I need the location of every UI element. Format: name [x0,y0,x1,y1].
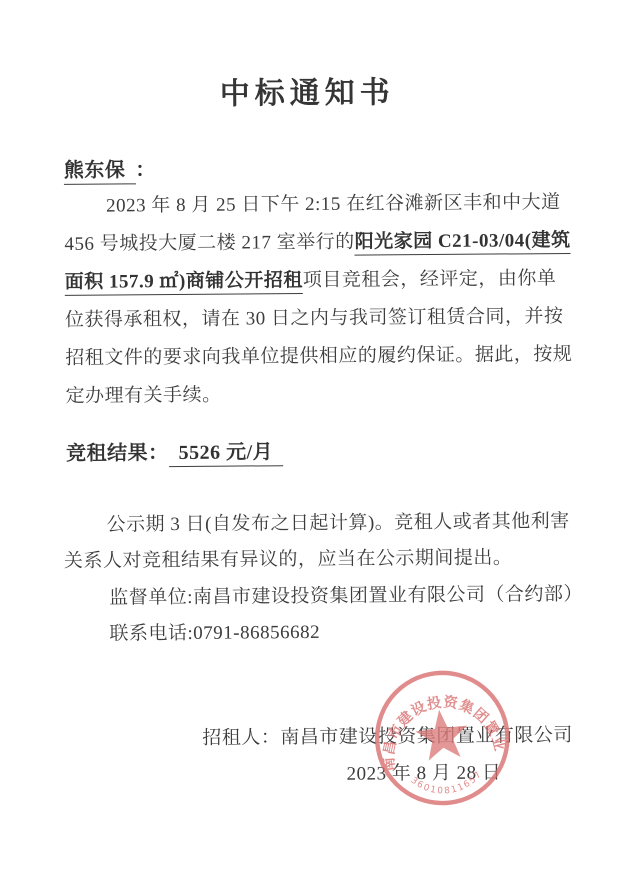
company-seal-graphic: 南昌市建设投资集团置业有限公司 360108116576 [349,645,535,831]
body-line-4: 位获得承租权，请在 30 日之内与我司签订租赁合同，并按 [65,301,564,332]
body-line-1: 2023 年 8 月 25 日下午 2:15 在红谷滩新区丰和中大道 [106,187,561,218]
body-line-2: 456 号城投大厦二楼 217 室举行的阳光家园 C21-03/04(建筑 [64,225,570,256]
body-line-5: 招租文件的要求向我单位提供相应的履约保证。据此，按规 [65,339,572,370]
document-title: 中标通知书 [0,66,617,115]
bid-result-line: 竞租结果：5526 元/月 [66,435,283,466]
body-line-6: 定办理有关手续。 [65,380,221,408]
bid-result-label: 竞租结果： [66,442,169,465]
svg-text:南昌市建设投资集团置业有限公司: 南昌市建设投资集团置业有限公司 [349,645,508,775]
seal-company-arc-text: 南昌市建设投资集团置业有限公司 [349,645,508,775]
project-name-part1: 阳光家园 C21-03/04(建筑 [355,230,571,256]
document-content: 中标通知书 熊东保： 2023 年 8 月 25 日下午 2:15 在红谷滩新区… [0,0,620,891]
bid-result-value: 5526 元/月 [168,441,283,467]
notice-line-2: 关系人对竞租结果有异议的，应当在公示期间提出。 [64,542,513,573]
svg-text:360108116576: 360108116576 [349,645,486,806]
body-line-3-normal: 项目竞租会，经评定，由你单 [303,268,557,291]
recipient-name: 熊东保 [64,159,136,185]
seal-code-arc-text: 360108116576 [349,645,486,806]
phone-line: 联系电话:0791-86856682 [109,617,320,646]
body-line-3: 面积 157.9 ㎡)商铺公开招租项目竞租会，经评定，由你单 [65,263,557,294]
company-seal: 南昌市建设投资集团置业有限公司 360108116576 [349,645,535,831]
recipient-line: 熊东保： [64,153,156,183]
supervisor-line: 监督单位:南昌市建设投资集团置业有限公司（合约部） [109,579,583,610]
recipient-colon: ： [135,159,156,181]
notice-line-1: 公示期 3 日(自发布之日起计算)。竞租人或者其他利害 [106,506,569,537]
scanned-document-page: 中标通知书 熊东保： 2023 年 8 月 25 日下午 2:15 在红谷滩新区… [0,0,620,891]
project-name-part2: 面积 157.9 ㎡)商铺公开招租 [65,270,303,296]
body-line-2-normal: 456 号城投大厦二楼 217 室举行的 [64,232,354,255]
